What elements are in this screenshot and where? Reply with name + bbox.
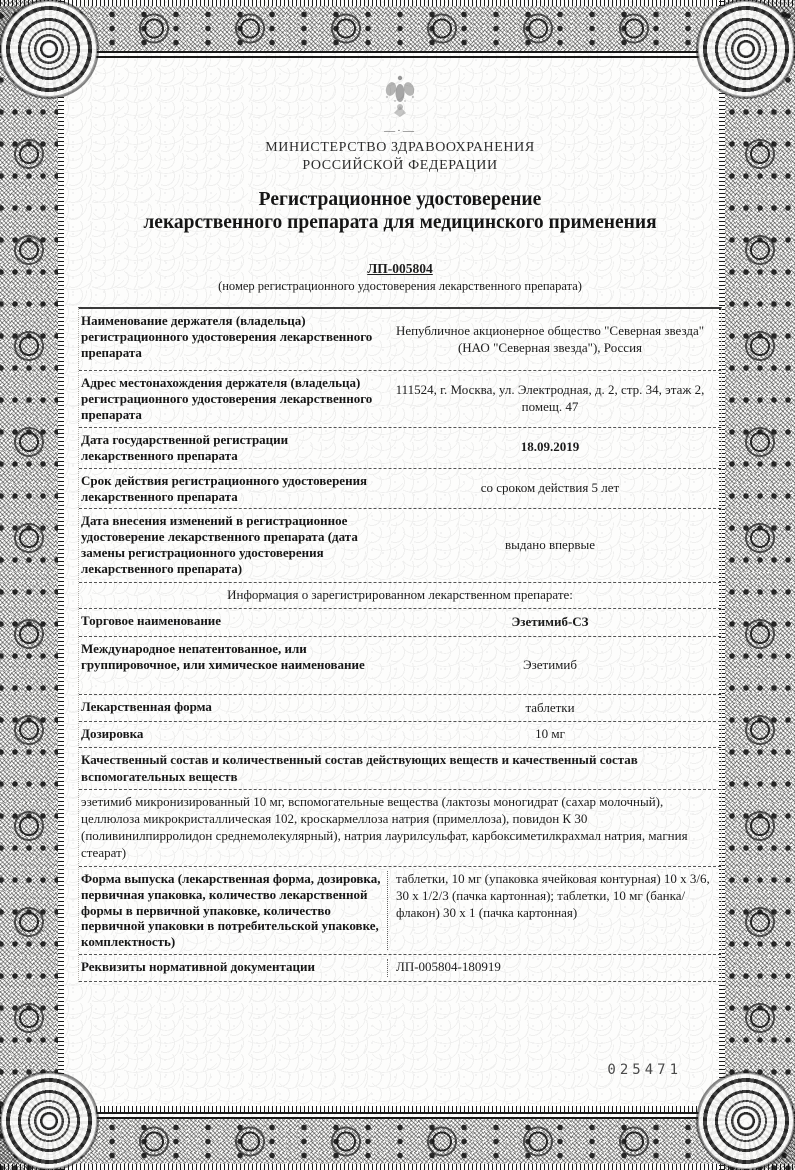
row-label: Международное непатентованное, или групп… [81, 641, 381, 690]
coat-of-arms-emblem: —·— [78, 73, 722, 135]
row-label: Лекарственная форма [81, 699, 381, 717]
table-row: Лекарственная форма таблетки [79, 695, 721, 722]
row-label: Торговое наименование [81, 613, 381, 632]
row-label: Форма выпуска (лекарственная форма, дози… [81, 871, 381, 950]
row-value: Эзетимиб-СЗ [381, 613, 719, 632]
border-inner-line [0, 1112, 795, 1119]
table-row: Дозировка 10 мг [79, 722, 721, 748]
composition-text: эзетимиб микронизированный 10 мг, вспомо… [79, 790, 721, 867]
russia-coat-of-arms-icon [378, 73, 422, 123]
row-label: Дата внесения изменений в регистрационно… [81, 513, 381, 578]
row-value: ЛП-005804-180919 [387, 959, 719, 977]
border-tick-row [0, 1164, 795, 1170]
row-value: выдано впервые [381, 513, 719, 578]
border-right-ornament [719, 0, 795, 1170]
row-label: Наименование держателя (владельца) регис… [81, 313, 381, 366]
row-value: 18.09.2019 [381, 432, 719, 464]
row-value: таблетки, 10 мг (упаковка ячейковая конт… [387, 871, 719, 950]
title-line2: лекарственного препарата для медицинског… [78, 211, 722, 234]
table-row: Дата государственной регистрации лекарст… [79, 428, 721, 469]
rosette-medallion-icon [698, 1, 794, 97]
row-value: таблетки [381, 699, 719, 717]
registration-number: ЛП-005804 [78, 261, 722, 277]
rosette-medallion-icon [698, 1073, 794, 1169]
table-row: Дата внесения изменений в регистрационно… [79, 509, 721, 583]
row-value: Непубличное акционерное общество "Северн… [381, 313, 719, 366]
composition-header: Качественный состав и количественный сос… [79, 748, 721, 790]
row-value: 111524, г. Москва, ул. Электродная, д. 2… [381, 375, 719, 423]
row-label: Дозировка [81, 726, 381, 743]
registration-certificate-document: { "colors": { "ink": "#1c1c1c", "border_… [0, 0, 795, 1170]
table-row: Международное непатентованное, или групп… [79, 637, 721, 695]
table-row: Реквизиты нормативной документации ЛП-00… [79, 955, 721, 982]
guilloche-band [0, 6, 795, 51]
row-label: Адрес местонахождения держателя (владель… [81, 375, 381, 423]
border-inner-line [0, 51, 795, 58]
document-title: Регистрационное удостоверение лекарствен… [78, 188, 722, 234]
row-value: Эзетимиб [381, 641, 719, 690]
rosette-medallion-icon [1, 1, 97, 97]
row-value: 10 мг [381, 726, 719, 743]
blank-serial-number: 025471 [607, 1062, 682, 1078]
guilloche-band [0, 0, 58, 1170]
certificate-table: Наименование держателя (владельца) регис… [78, 307, 722, 982]
title-line1: Регистрационное удостоверение [78, 188, 722, 211]
row-label: Реквизиты нормативной документации [81, 959, 381, 977]
table-row: Адрес местонахождения держателя (владель… [79, 371, 721, 428]
guilloche-band [0, 1119, 795, 1164]
ministry-line2: РОССИЙСКОЙ ФЕДЕРАЦИИ [78, 157, 722, 175]
table-row: Торговое наименование Эзетимиб-СЗ [79, 609, 721, 637]
border-tick-column [58, 0, 64, 1170]
border-top-ornament [0, 0, 795, 58]
certificate-body: —·— МИНИСТЕРСТВО ЗДРАВООХРАНЕНИЯ РОССИЙС… [78, 60, 722, 1104]
row-label: Срок действия регистрационного удостовер… [81, 473, 381, 505]
ministry-name: МИНИСТЕРСТВО ЗДРАВООХРАНЕНИЯ РОССИЙСКОЙ … [78, 139, 722, 175]
guilloche-band [725, 0, 795, 1170]
table-row: Наименование держателя (владельца) регис… [79, 309, 721, 371]
ministry-line1: МИНИСТЕРСТВО ЗДРАВООХРАНЕНИЯ [78, 139, 722, 157]
emblem-base-mark: —·— [78, 128, 722, 134]
rosette-medallion-icon [1, 1073, 97, 1169]
row-label: Дата государственной регистрации лекарст… [81, 432, 381, 464]
row-value: со сроком действия 5 лет [381, 473, 719, 505]
table-row: Срок действия регистрационного удостовер… [79, 469, 721, 510]
registration-number-caption: (номер регистрационного удостоверения ле… [78, 279, 722, 294]
table-row: Форма выпуска (лекарственная форма, дози… [79, 867, 721, 955]
border-bottom-ornament [0, 1106, 795, 1170]
border-left-ornament [0, 0, 64, 1170]
registered-drug-info-heading: Информация о зарегистрированном лекарств… [79, 583, 721, 609]
